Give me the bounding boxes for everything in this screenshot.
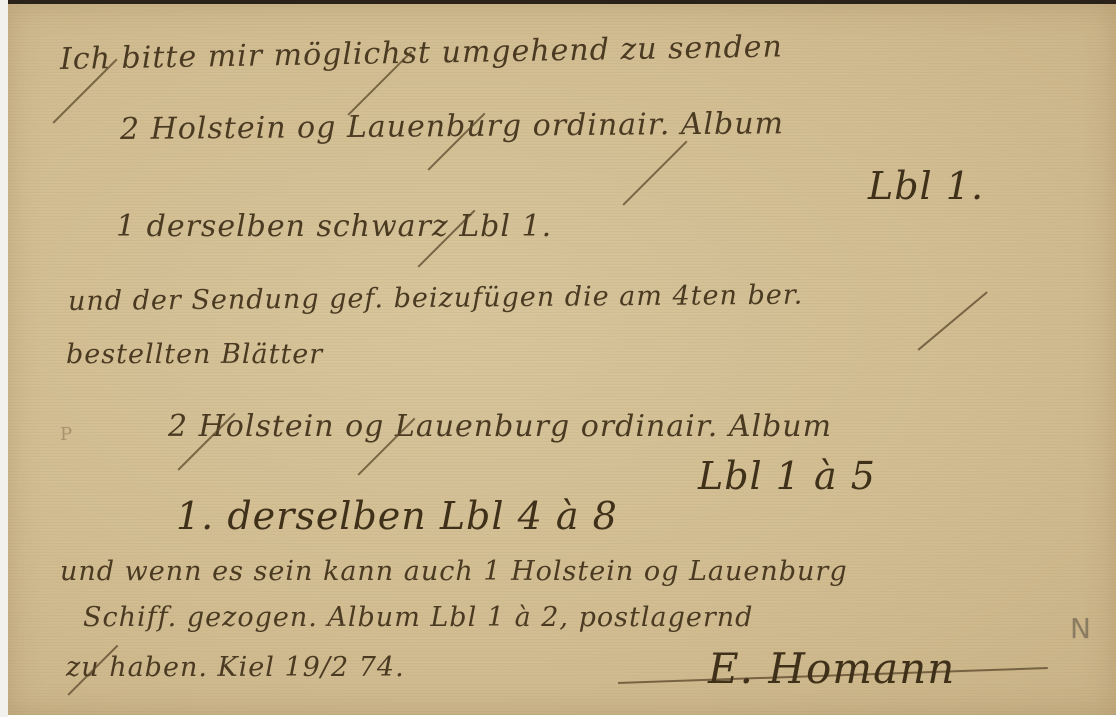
text-line-11: Schiff. gezogen. Album Lbl 1 à 2, postla… <box>83 602 753 633</box>
text-line-7: 2 Holstein og Lauenburg ordinair. Album <box>168 409 832 444</box>
text-line-4: 1 derselben schwarz Lbl 1. <box>116 209 552 244</box>
text-line-10: und wenn es sein kann auch 1 Holstein og… <box>60 556 848 587</box>
text-line-5: und der Sendung gef. beizufügen die am 4… <box>68 280 804 317</box>
text-line-1: Ich bitte mir möglichst umgehend zu send… <box>60 29 783 77</box>
text-line-12-date: zu haben. Kiel 19/2 74. <box>66 652 405 683</box>
pencil-margin-mark: N <box>1070 612 1091 645</box>
scan-edge-left <box>0 0 8 717</box>
signature: E. Homann <box>708 644 955 693</box>
text-line-6: bestellten Blätter <box>66 339 323 370</box>
descender-loop-4 <box>622 141 687 206</box>
text-line-3-price: Lbl 1. <box>868 164 984 208</box>
stray-ink-mark: P <box>60 424 72 445</box>
text-line-9: 1. derselben Lbl 4 à 8 <box>176 494 618 538</box>
postcard: Ich bitte mir möglichst umgehend zu send… <box>8 4 1116 715</box>
descender-loop-6 <box>918 291 988 350</box>
text-line-8-price: Lbl 1 à 5 <box>698 454 876 498</box>
